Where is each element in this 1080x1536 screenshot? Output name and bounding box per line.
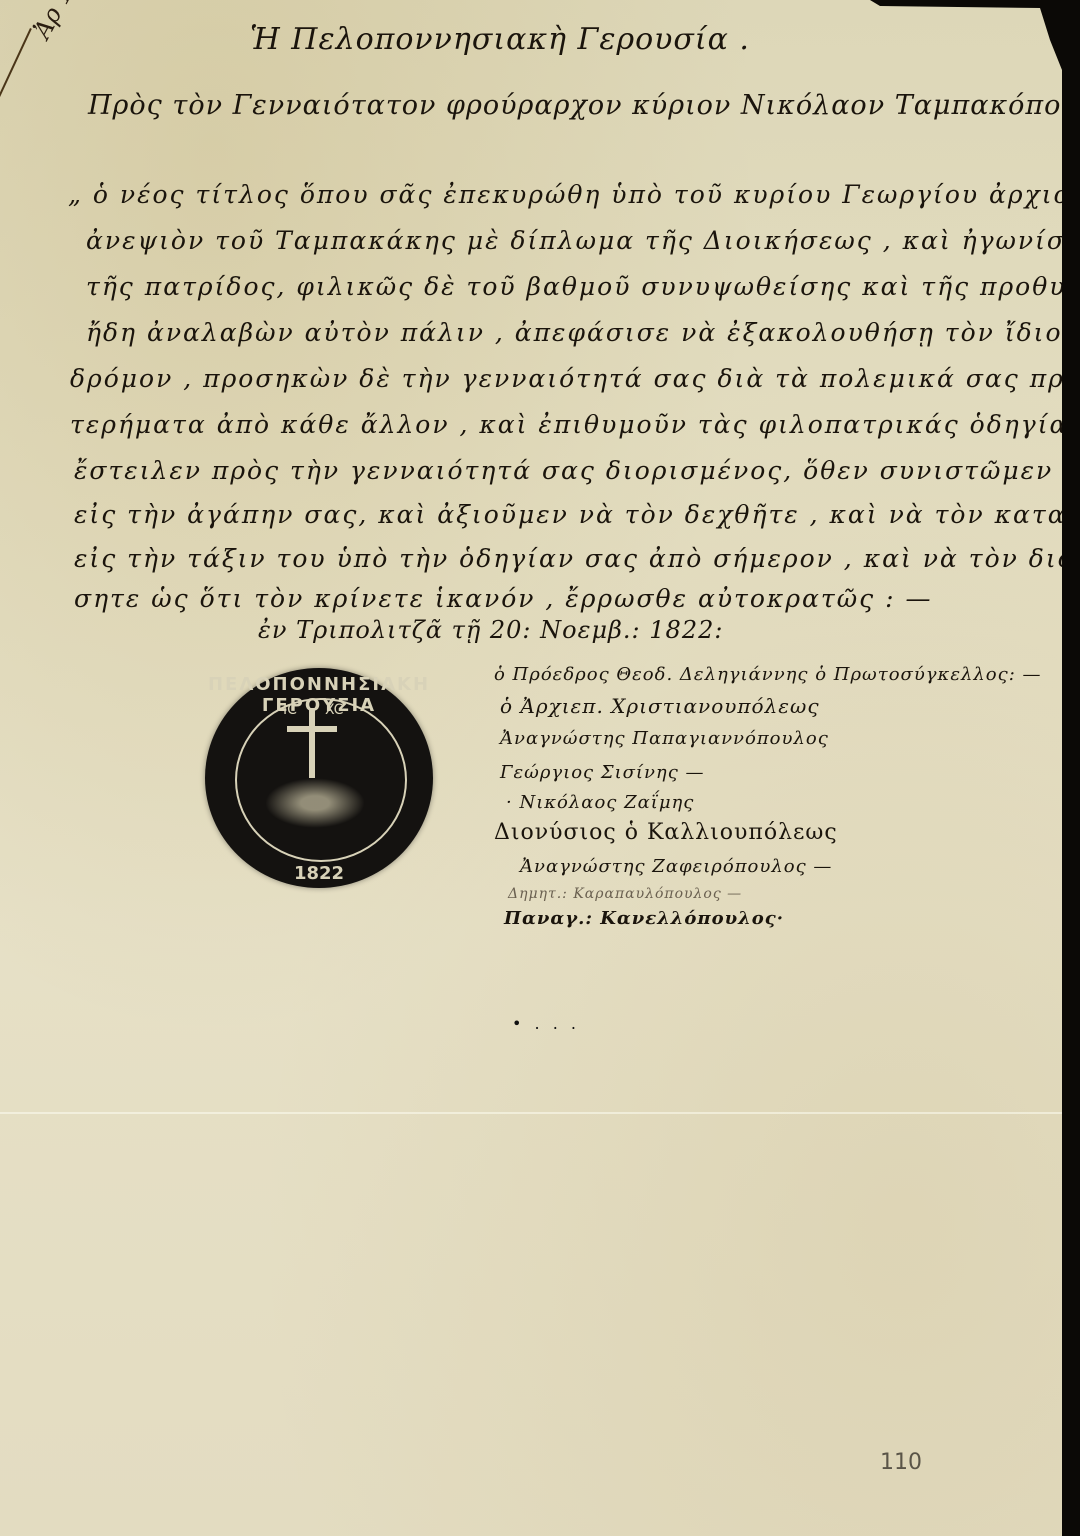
signature: Ἀναγνώστης Ζαφειρόπουλος —: [520, 856, 832, 877]
dateline: ἐν Τριπολιτζᾶ τῇ 20: Νοεμβ.: 1822:: [258, 616, 723, 644]
body-line: δρόμον , προσηκὼν δὲ τὴν γενναιότητά σας…: [70, 364, 1080, 393]
body-line: ἔστειλεν πρὸς τὴν γενναιότητά σας διορισ…: [74, 456, 1080, 485]
body-line: εἰς τὴν ἀγάπην σας, καὶ ἀξιοῦμεν νὰ τὸν …: [74, 500, 1080, 529]
body-line: εἰς τὴν τάξιν του ὑπὸ τὴν ὁδηγίαν σας ἀπ…: [74, 544, 1080, 573]
ink-spots: • . . .: [512, 1014, 580, 1033]
signature: Ἀναγνώστης Παπαγιαννόπουλος: [500, 728, 829, 749]
folio-number: 110: [880, 1450, 922, 1475]
archive-mark: Ἀρ 157: [28, 0, 93, 43]
signature: ὁ Ἀρχιεπ. Χριστιανουπόλεως: [500, 694, 820, 718]
document-page: Ἀρ 157 Ἡ Πελοποννησιακὴ Γερουσία . Πρὸς …: [0, 0, 1062, 1536]
phoenix-icon: [265, 778, 365, 828]
signature: Διονύσιος ὁ Καλλιουπόλεως: [494, 820, 838, 845]
signature: Γεώργιος Σισίνης —: [500, 762, 705, 783]
signature: · Νικόλαος Ζαΐμης: [506, 792, 694, 813]
signature: Παναγ.: Κανελλόπουλος·: [504, 908, 784, 929]
seal-year: 1822: [205, 863, 433, 884]
body-line: ἀνεψιὸν τοῦ Ταμπακάκης μὲ δίπλωμα τῆς Δι…: [86, 226, 1080, 255]
signature: Δημητ.: Καραπαυλόπουλος —: [508, 886, 742, 902]
document-title: Ἡ Πελοποννησιακὴ Γερουσία .: [250, 22, 750, 57]
seal-stamp: ΠΕΛΟΠΟΝΝΗΣΙΑΚΗ ΓΕΡΟΥΣΙΑ IC XC 1822: [205, 668, 433, 888]
cross-icon: [309, 708, 315, 778]
body-line: ἤδη ἀναλαβὼν αὐτὸν πάλιν , ἀπεφάσισε νὰ …: [86, 318, 1080, 347]
paper-fold-line: [0, 1112, 1062, 1114]
cross-icon-bar: [287, 726, 337, 732]
seal-monogram-left: IC: [283, 702, 297, 718]
body-line: τῆς πατρίδος, φιλικῶς δὲ τοῦ βαθμοῦ συνυ…: [86, 272, 1080, 301]
body-line: „ ὁ νέος τίτλος ὅπου σᾶς ἐπεκυρώθη ὑπὸ τ…: [68, 180, 1080, 209]
body-line: σητε ὡς ὅτι τὸν κρίνετε ἱκανόν , ἔρρωσθε…: [74, 584, 932, 613]
archive-mark-slash: [0, 28, 32, 129]
signature: ὁ Πρόεδρος Θεοδ. Δεληγιάννης ὁ Πρωτοσύγκ…: [494, 664, 1042, 685]
addressee-line: Πρὸς τὸν Γενναιότατον φρούραρχον κύριον …: [88, 90, 1080, 121]
seal-monogram-right: XC: [325, 702, 343, 718]
body-line: τερήματα ἀπὸ κάθε ἄλλον , καὶ ἐπιθυμοῦν …: [70, 410, 1080, 439]
